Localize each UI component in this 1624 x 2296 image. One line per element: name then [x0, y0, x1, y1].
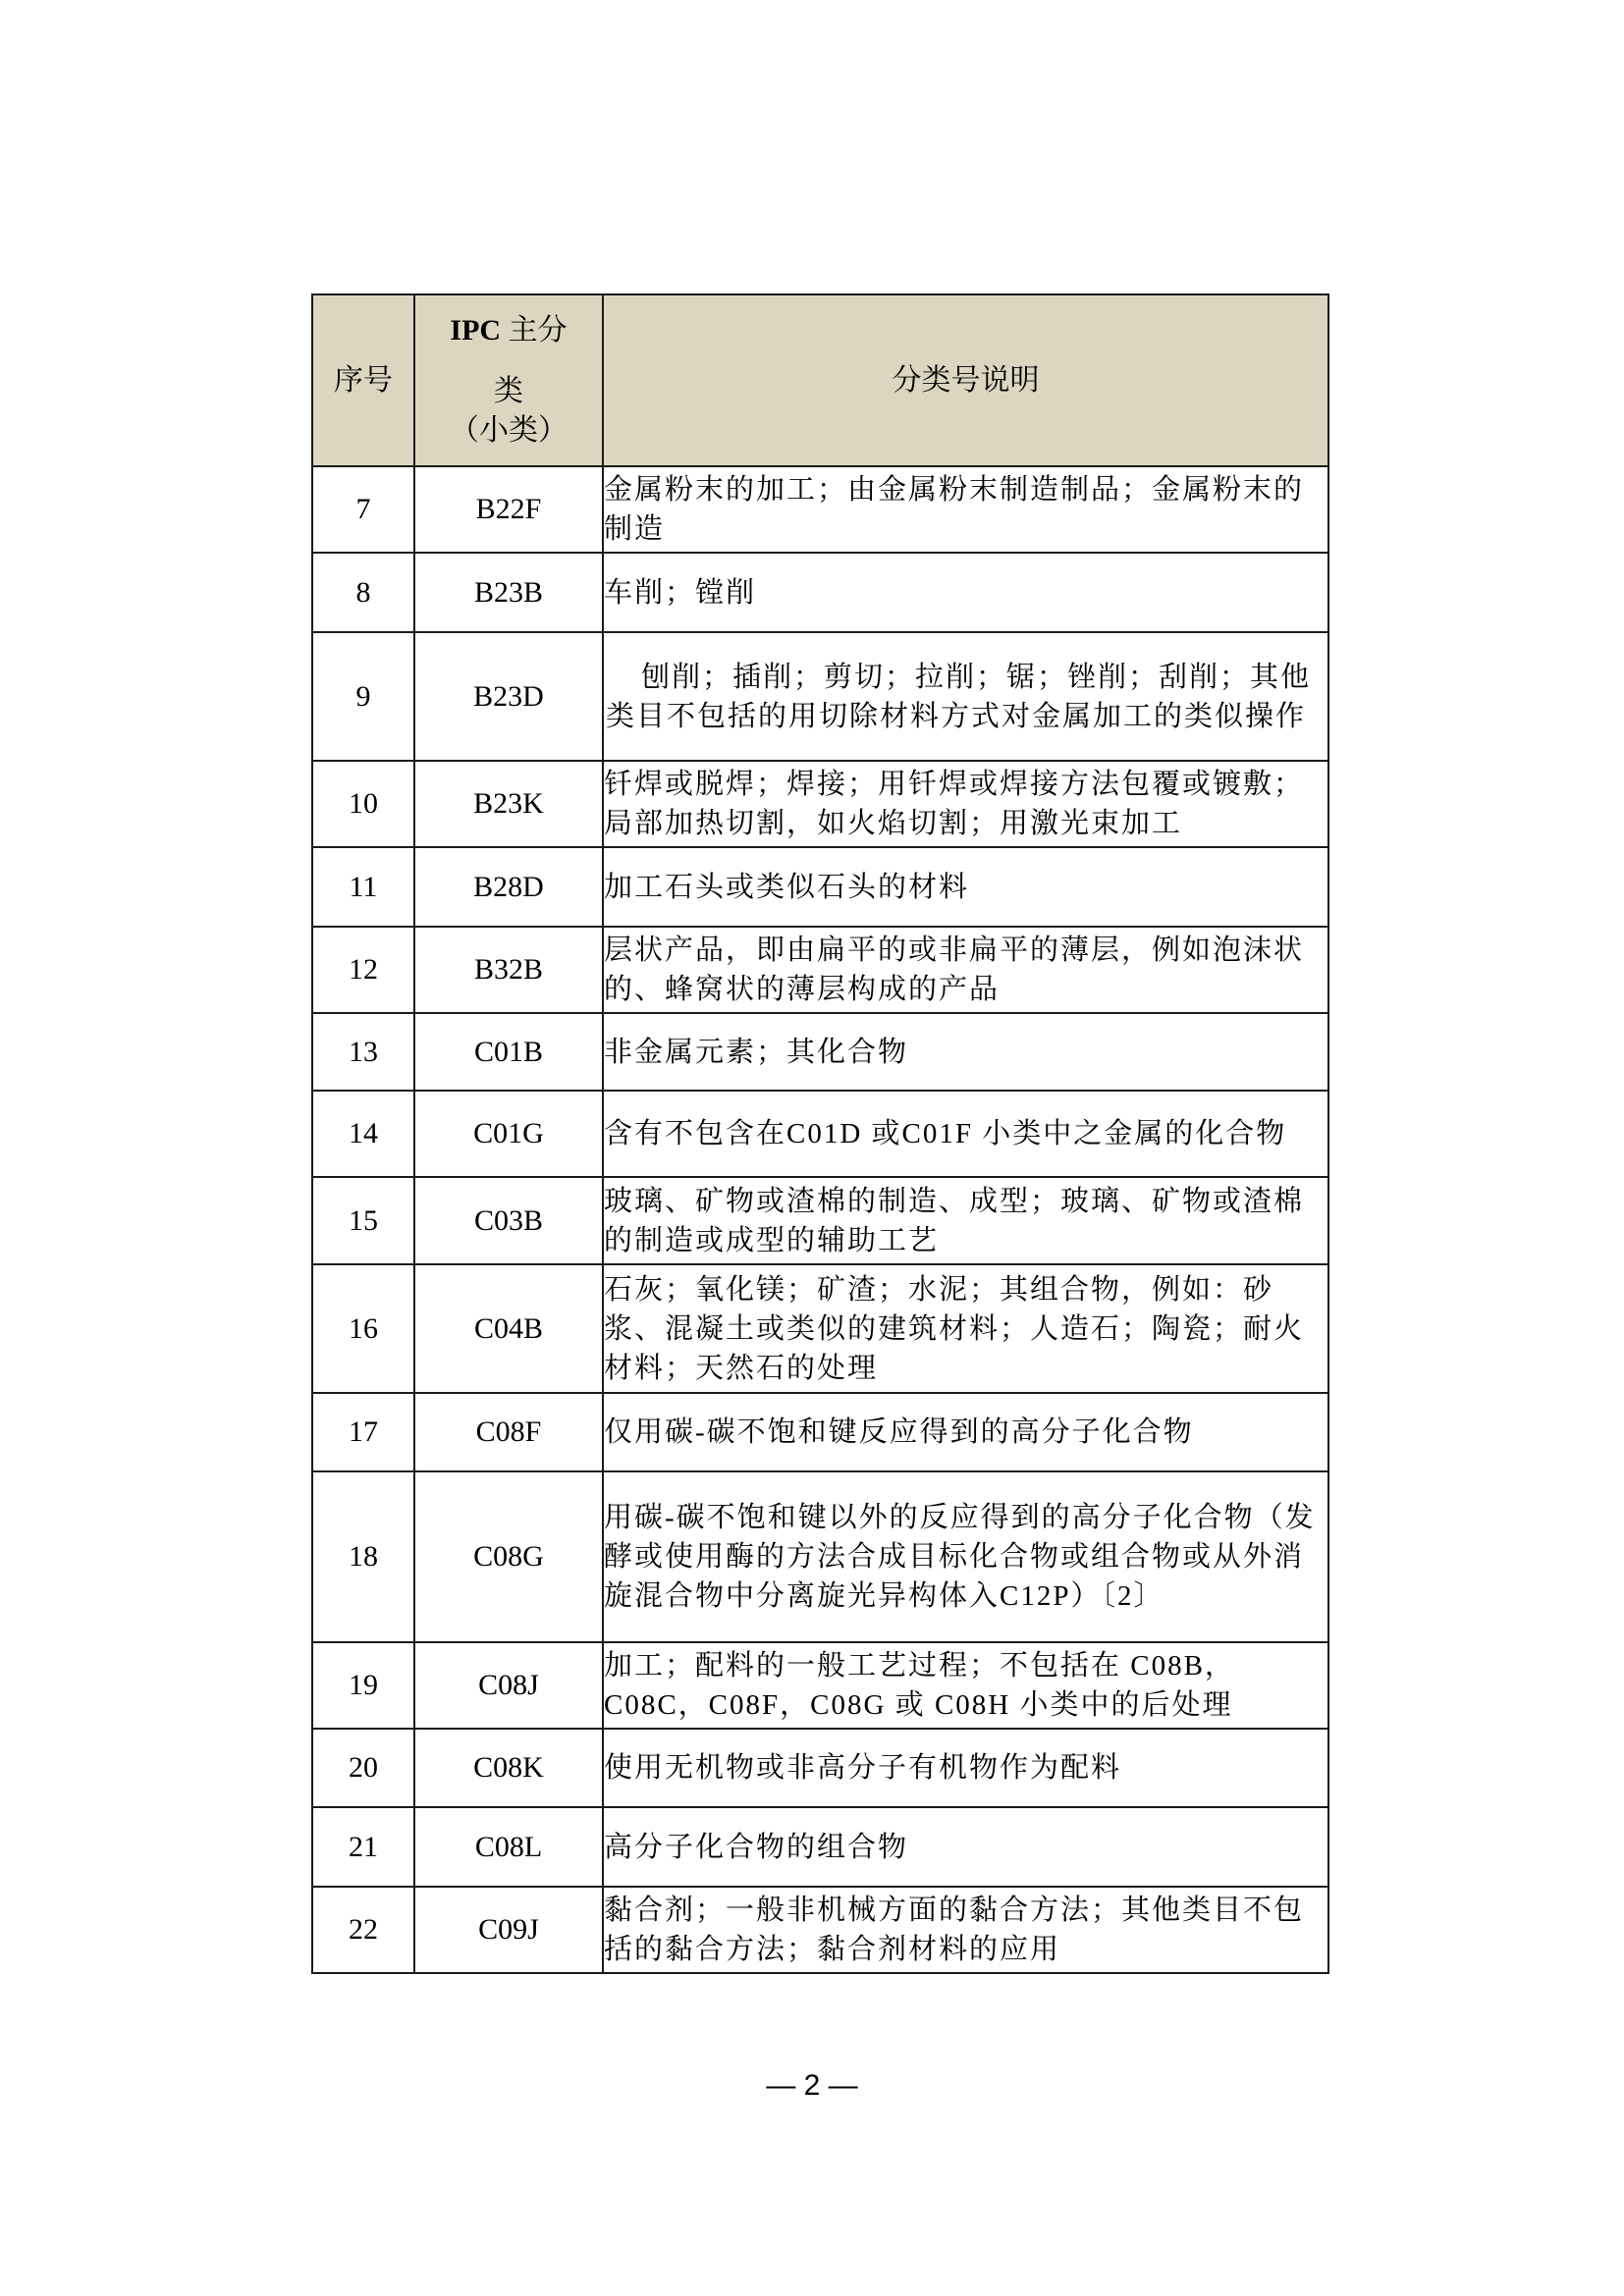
row-description: 钎焊或脱焊；焊接；用钎焊或焊接方法包覆或镀敷；局部加热切割，如火焰切割；用激光束… [603, 761, 1328, 847]
table-row: 14 C01G 含有不包含在C01D 或C01F 小类中之金属的化合物 [312, 1091, 1328, 1177]
row-description: 石灰；氧化镁；矿渣；水泥；其组合物，例如：砂浆、混凝土或类似的建筑材料；人造石；… [603, 1264, 1328, 1393]
row-serial-number: 11 [312, 847, 414, 927]
row-ipc-code: C03B [414, 1177, 603, 1264]
row-serial-number: 10 [312, 761, 414, 847]
row-serial-number: 15 [312, 1177, 414, 1264]
row-description: 加工；配料的一般工艺过程；不包括在 C08B，C08C，C08F，C08G 或 … [603, 1642, 1328, 1729]
row-ipc-code: C01B [414, 1013, 603, 1091]
document-page: 序号 IPC 主分 类 （小类） 分类号说明 7 B22F [0, 0, 1624, 2296]
row-description: 仅用碳-碳不饱和键反应得到的高分子化合物 [603, 1393, 1328, 1471]
table-row: 11 B28D 加工石头或类似石头的材料 [312, 847, 1328, 927]
header-ipc-line2: 类 [494, 372, 523, 411]
row-serial-number: 14 [312, 1091, 414, 1177]
header-ipc-line3: （小类） [450, 411, 568, 451]
row-description: 层状产品，即由扁平的或非扁平的薄层，例如泡沫状的、蜂窝状的薄层构成的产品 [603, 927, 1328, 1013]
row-ipc-code: C08L [414, 1807, 603, 1887]
row-description: 玻璃、矿物或渣棉的制造、成型；玻璃、矿物或渣棉的制造或成型的辅助工艺 [603, 1177, 1328, 1264]
row-ipc-code: C08G [414, 1471, 603, 1642]
row-description: 刨削；插削；剪切；拉削；锯；锉削；刮削；其他类目不包括的用切除材料方式对金属加工… [603, 632, 1328, 761]
row-description: 金属粉末的加工；由金属粉末制造制品；金属粉末的制造 [603, 466, 1328, 553]
table-header: 序号 IPC 主分 类 （小类） 分类号说明 [312, 294, 1328, 466]
row-ipc-code: B23K [414, 761, 603, 847]
row-description: 用碳-碳不饱和键以外的反应得到的高分子化合物（发酵或使用酶的方法合成目标化合物或… [603, 1471, 1328, 1642]
row-ipc-code: C08K [414, 1729, 603, 1807]
table-row: 10 B23K 钎焊或脱焊；焊接；用钎焊或焊接方法包覆或镀敷；局部加热切割，如火… [312, 761, 1328, 847]
row-ipc-code: C08F [414, 1393, 603, 1471]
row-serial-number: 16 [312, 1264, 414, 1393]
row-ipc-code: B23B [414, 553, 603, 632]
row-serial-number: 19 [312, 1642, 414, 1729]
header-description: 分类号说明 [603, 294, 1328, 466]
table-row: 19 C08J 加工；配料的一般工艺过程；不包括在 C08B，C08C，C08F… [312, 1642, 1328, 1729]
ipc-classification-table: 序号 IPC 主分 类 （小类） 分类号说明 7 B22F [311, 294, 1329, 1974]
row-ipc-code: C01G [414, 1091, 603, 1177]
row-ipc-code: B23D [414, 632, 603, 761]
table-row: 22 C09J 黏合剂；一般非机械方面的黏合方法；其他类目不包括的黏合方法；黏合… [312, 1887, 1328, 1973]
row-description: 含有不包含在C01D 或C01F 小类中之金属的化合物 [603, 1091, 1328, 1177]
header-row: 序号 IPC 主分 类 （小类） 分类号说明 [312, 294, 1328, 466]
row-serial-number: 21 [312, 1807, 414, 1887]
row-ipc-code: C08J [414, 1642, 603, 1729]
header-serial-number: 序号 [312, 294, 414, 466]
header-ipc-cjk: 主分 [509, 314, 568, 347]
row-serial-number: 18 [312, 1471, 414, 1642]
row-ipc-code: B22F [414, 466, 603, 553]
row-ipc-code: B32B [414, 927, 603, 1013]
row-ipc-code: C09J [414, 1887, 603, 1973]
row-description: 车削；镗削 [603, 553, 1328, 632]
header-ipc-line1: IPC 主分 [450, 311, 567, 350]
row-description: 高分子化合物的组合物 [603, 1807, 1328, 1887]
row-serial-number: 9 [312, 632, 414, 761]
table-row: 16 C04B 石灰；氧化镁；矿渣；水泥；其组合物，例如：砂浆、混凝土或类似的建… [312, 1264, 1328, 1393]
row-serial-number: 17 [312, 1393, 414, 1471]
row-description: 非金属元素；其化合物 [603, 1013, 1328, 1091]
table-row: 8 B23B 车削；镗削 [312, 553, 1328, 632]
row-serial-number: 8 [312, 553, 414, 632]
table-row: 12 B32B 层状产品，即由扁平的或非扁平的薄层，例如泡沫状的、蜂窝状的薄层构… [312, 927, 1328, 1013]
row-ipc-code: C04B [414, 1264, 603, 1393]
header-ipc-subclass: IPC 主分 类 （小类） [414, 294, 603, 466]
row-description: 使用无机物或非高分子有机物作为配料 [603, 1729, 1328, 1807]
table-row: 9 B23D 刨削；插削；剪切；拉削；锯；锉削；刮削；其他类目不包括的用切除材料… [312, 632, 1328, 761]
row-serial-number: 20 [312, 1729, 414, 1807]
header-ipc-latin: IPC [450, 314, 501, 347]
table-row: 15 C03B 玻璃、矿物或渣棉的制造、成型；玻璃、矿物或渣棉的制造或成型的辅助… [312, 1177, 1328, 1264]
table-row: 13 C01B 非金属元素；其化合物 [312, 1013, 1328, 1091]
row-serial-number: 7 [312, 466, 414, 553]
table-row: 21 C08L 高分子化合物的组合物 [312, 1807, 1328, 1887]
table-row: 18 C08G 用碳-碳不饱和键以外的反应得到的高分子化合物（发酵或使用酶的方法… [312, 1471, 1328, 1642]
table-row: 17 C08F 仅用碳-碳不饱和键反应得到的高分子化合物 [312, 1393, 1328, 1471]
row-serial-number: 12 [312, 927, 414, 1013]
table-row: 20 C08K 使用无机物或非高分子有机物作为配料 [312, 1729, 1328, 1807]
table-body: 7 B22F 金属粉末的加工；由金属粉末制造制品；金属粉末的制造 8 B23B … [312, 466, 1328, 1973]
page-number: — 2 — [0, 2069, 1624, 2103]
row-serial-number: 13 [312, 1013, 414, 1091]
row-description: 黏合剂；一般非机械方面的黏合方法；其他类目不包括的黏合方法；黏合剂材料的应用 [603, 1887, 1328, 1973]
row-ipc-code: B28D [414, 847, 603, 927]
row-serial-number: 22 [312, 1887, 414, 1973]
table-row: 7 B22F 金属粉末的加工；由金属粉末制造制品；金属粉末的制造 [312, 466, 1328, 553]
row-description: 加工石头或类似石头的材料 [603, 847, 1328, 927]
